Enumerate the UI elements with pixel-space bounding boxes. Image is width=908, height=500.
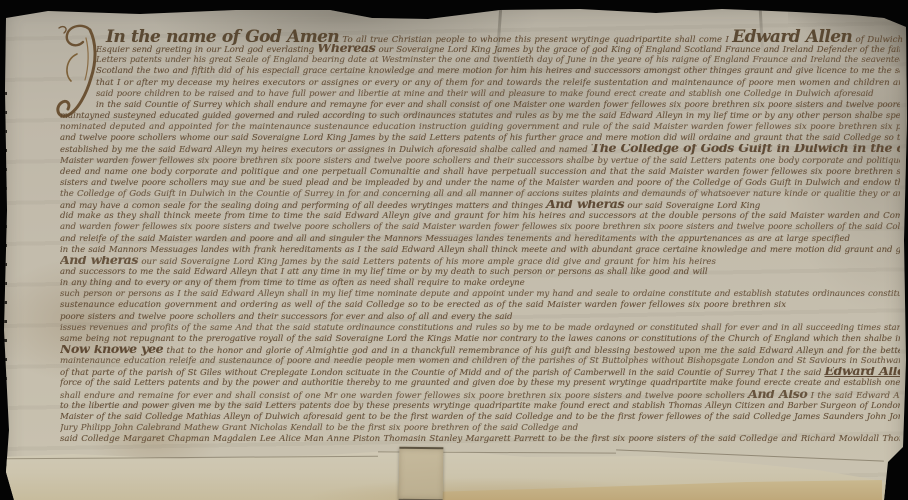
manuscript-run: I the said Edward Alleyn according xyxy=(807,391,900,401)
manuscript-run: nominated deputed and appointed for the … xyxy=(60,122,900,132)
manuscript-run: sisters and twelve poore schollers may s… xyxy=(60,178,900,188)
manuscript-run: that I or after my decease my heires exe… xyxy=(96,78,900,88)
manuscript-run: deed and name one body corporate and pol… xyxy=(60,167,900,177)
manuscript-line: of that parte of the parish of St Giles … xyxy=(60,367,900,378)
manuscript-line: Maister warden fower fellowes six poore … xyxy=(60,156,900,167)
manuscript-line: Scotland the two and fiftith did of his … xyxy=(60,66,900,77)
manuscript-line: and may have a comon seale for the seali… xyxy=(60,200,900,211)
prominent-phrase: Edward Allen xyxy=(825,367,900,378)
manuscript-run: Jury Philipp John Calebrand Mathew Grant… xyxy=(60,423,578,433)
manuscript-run: in any thing and to every or any of them… xyxy=(60,278,525,288)
manuscript-line: maintayned susteyned educated guided gov… xyxy=(60,111,900,122)
manuscript-line: sisters and twelve poore schollers may s… xyxy=(60,178,900,189)
manuscript-run: Maister of the said Colledge Mathias All… xyxy=(60,412,900,422)
manuscript-run: said Colledge Margaret Chapman Magdalen … xyxy=(60,434,900,444)
stitch-holes xyxy=(2,92,7,448)
manuscript-line: said poore children to be raised and to … xyxy=(60,89,900,100)
manuscript-line: maintenaunce education releife and suste… xyxy=(60,356,900,367)
manuscript-run: Scotland the two and fiftith did of his … xyxy=(96,66,900,76)
prominent-phrase: The Colledge of Gods Guift in Dulwich in… xyxy=(591,144,900,155)
manuscript-line: shall endure and remaine for ever and sh… xyxy=(60,390,900,401)
manuscript-line: Now knowe yee that to the honor and glor… xyxy=(60,345,900,356)
manuscript-run: Esquier send greeting in our Lord god ev… xyxy=(96,45,317,55)
prominent-phrase: And Also xyxy=(748,390,807,401)
manuscript-run: that to the honor and glorie of Almighti… xyxy=(163,346,900,356)
manuscript-line: poore sisters and twelve poore schollers… xyxy=(60,312,900,323)
prominent-phrase: Whereas xyxy=(317,44,375,55)
prominent-phrase: And wheras xyxy=(546,200,624,211)
manuscript-run: poore sisters and twelve poore schollers… xyxy=(60,312,512,322)
manuscript-line: nominated deputed and appointed for the … xyxy=(60,122,900,133)
manuscript-run: maintayned susteyned educated guided gov… xyxy=(60,111,900,121)
manuscript-line: established by me the said Edward Alleyn… xyxy=(60,144,900,155)
prominent-phrase: And wheras xyxy=(60,256,138,267)
manuscript-run: maintenaunce education releife and suste… xyxy=(60,356,900,366)
manuscript-run: said poore children to be raised and to … xyxy=(96,89,874,99)
manuscript-text: In the name of God Amen To all true Chri… xyxy=(60,33,900,445)
manuscript-run: the Colledge of Gods Guift in Dulwich in… xyxy=(60,189,900,199)
manuscript-line: and warden fower fellowes six poore sist… xyxy=(60,222,900,233)
manuscript-line: in any thing and to every or any of them… xyxy=(60,278,900,289)
manuscript-line: And wheras our said Soveraigne Lord King… xyxy=(60,256,900,267)
manuscript-run: shall endure and remaine for ever and sh… xyxy=(60,391,748,401)
photo-background: In the name of God Amen To all true Chri… xyxy=(0,0,908,500)
manuscript-run: and twelve poore schollers whome our sai… xyxy=(60,133,900,143)
manuscript-run: sustenaunce education government and ord… xyxy=(60,300,786,310)
manuscript-line: and successors to me the said Edward All… xyxy=(60,267,900,278)
prominent-phrase: Now knowe yee xyxy=(60,345,163,356)
manuscript-line: and releife of the said Maister warden a… xyxy=(60,234,900,245)
manuscript-line: Esquier send greeting in our Lord god ev… xyxy=(60,44,900,55)
manuscript-run: our Soveraigne Lord King James by the gr… xyxy=(375,45,900,55)
manuscript-line: deed and name one body corporate and pol… xyxy=(60,167,900,178)
manuscript-line: and twelve poore schollers whome our sai… xyxy=(60,133,900,144)
manuscript-run: Letters patents under his great Seale of… xyxy=(96,55,900,65)
manuscript-run: such person or persons as I the said Edw… xyxy=(60,289,900,299)
manuscript-run: in the said Mannors Messuages landes wit… xyxy=(60,245,900,255)
manuscript-line: such person or persons as I the said Edw… xyxy=(60,289,900,300)
seal-tag xyxy=(399,447,444,500)
manuscript-run: same being not repugnant to the prerogat… xyxy=(60,334,900,344)
manuscript-line: same being not repugnant to the prerogat… xyxy=(60,334,900,345)
manuscript-line: the Colledge of Gods Guift in Dulwich in… xyxy=(60,189,900,200)
manuscript-run: of that parte of the parish of St Giles … xyxy=(60,368,825,378)
manuscript-line: to the libertie and power given me by th… xyxy=(60,401,900,412)
manuscript-line: in the said Countie of Surrey which shal… xyxy=(60,100,900,111)
manuscript-run: and successors to me the said Edward All… xyxy=(60,267,708,277)
manuscript-run: to the libertie and power given me by th… xyxy=(60,401,900,411)
manuscript-line: that I or after my decease my heires exe… xyxy=(60,78,900,89)
manuscript-line: issues revenues and profits of the same … xyxy=(60,323,900,334)
manuscript-line: in the said Mannors Messuages landes wit… xyxy=(60,245,900,256)
parchment-document: In the name of God Amen To all true Chri… xyxy=(0,0,908,500)
manuscript-run: established by me the said Edward Alleyn… xyxy=(60,145,591,155)
manuscript-line: Jury Philipp John Calebrand Mathew Grant… xyxy=(60,423,900,434)
manuscript-run: and releife of the said Maister warden a… xyxy=(60,234,850,244)
manuscript-run: did make as they shall thinck meete from… xyxy=(60,211,900,221)
manuscript-line: said Colledge Margaret Chapman Magdalen … xyxy=(60,434,900,445)
manuscript-run: issues revenues and profits of the same … xyxy=(60,323,900,333)
manuscript-line: did make as they shall thinck meete from… xyxy=(60,211,900,222)
manuscript-run: force of the said Letters patents and by… xyxy=(60,378,900,388)
manuscript-line: In the name of God Amen To all true Chri… xyxy=(60,33,900,44)
manuscript-line: Letters patents under his great Seale of… xyxy=(60,55,900,66)
manuscript-line: Maister of the said Colledge Mathias All… xyxy=(60,412,900,423)
manuscript-line: force of the said Letters patents and by… xyxy=(60,378,900,389)
manuscript-run: Maister warden fower fellowes six poore … xyxy=(60,156,900,166)
manuscript-run: and may have a comon seale for the seali… xyxy=(60,201,546,211)
manuscript-run: our said Soveraigne Lord King xyxy=(624,201,760,211)
manuscript-run: our said Soveraigne Lord King James by t… xyxy=(138,257,716,267)
manuscript-line: sustenaunce education government and ord… xyxy=(60,300,900,311)
manuscript-run: and warden fower fellowes six poore sist… xyxy=(60,222,900,232)
manuscript-run: in the said Countie of Surrey which shal… xyxy=(96,100,900,110)
